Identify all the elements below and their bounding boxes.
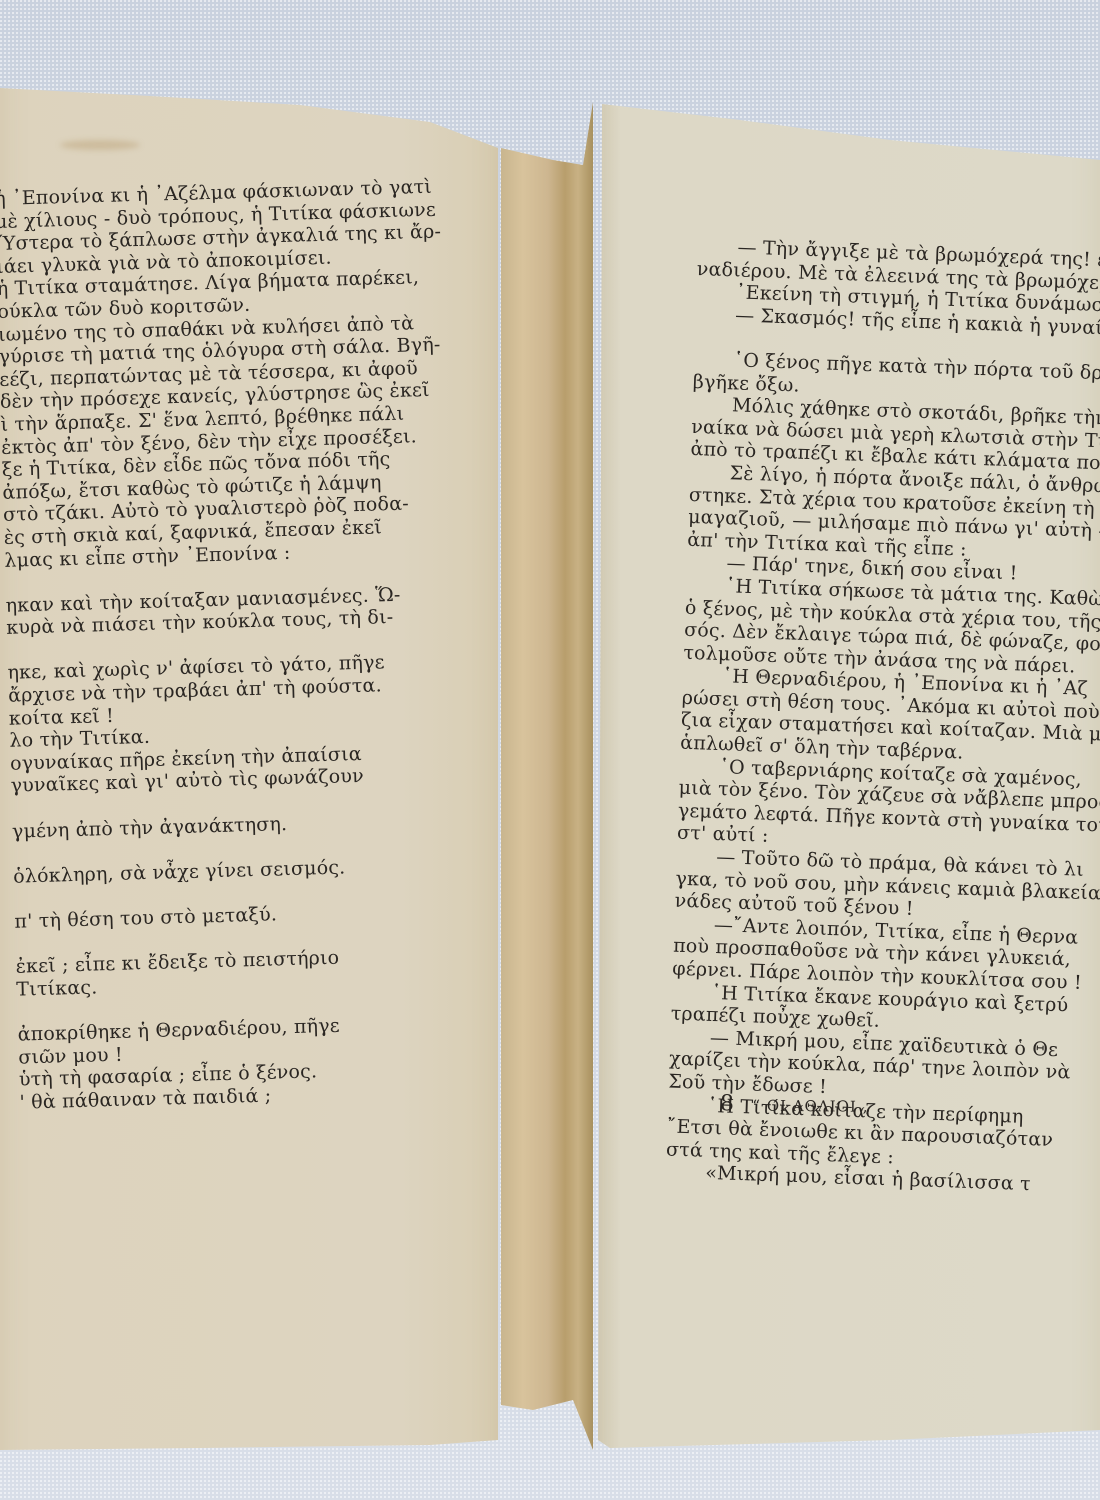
- running-title: “ ΟΙ ΑΘΛΙΟΙ „: [752, 1097, 871, 1116]
- right-page: — Τὴν ἄγγιξε μὲ τὰ βρωμόχερά της! ἐξακολ…: [590, 0, 1100, 1500]
- book-spine-gutter: [493, 0, 593, 1500]
- page-number: 8: [720, 1091, 734, 1116]
- paper-stain: [60, 140, 140, 150]
- left-page: ἡ ᾿Επονίνα κι ἡ ᾿Αζέλμα φάσκιωναν τὸ γατ…: [0, 0, 500, 1500]
- right-page-text: — Τὴν ἄγγιξε μὲ τὰ βρωμόχερά της! ἐξακολ…: [665, 235, 1100, 1200]
- page-footer: 8 “ ΟΙ ΑΘΛΙΟΙ „: [720, 1091, 872, 1118]
- left-page-text: ἡ ᾿Επονίνα κι ἡ ᾿Αζέλμα φάσκιωναν τὸ γατ…: [0, 176, 465, 1114]
